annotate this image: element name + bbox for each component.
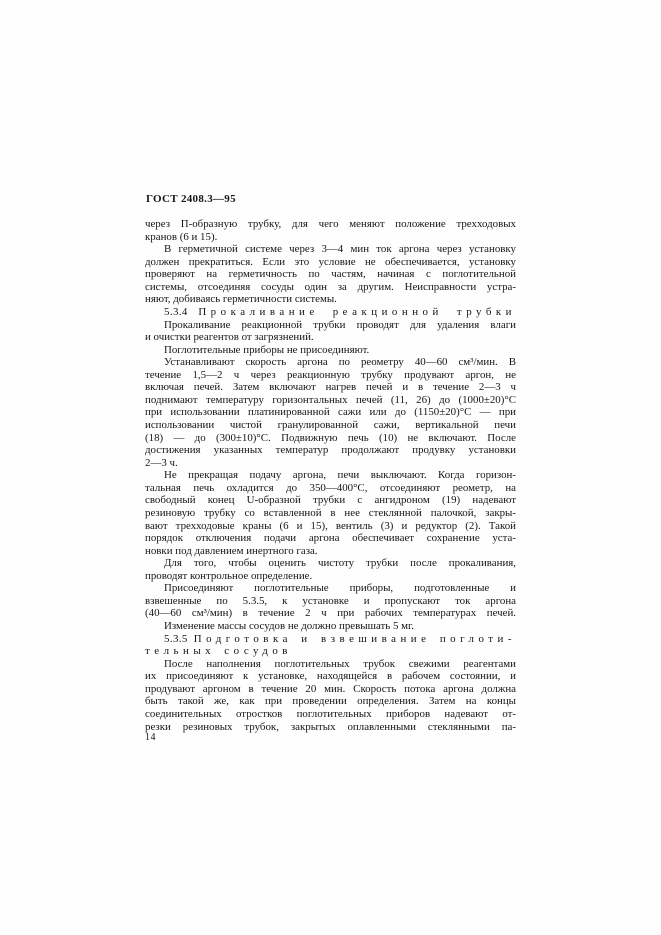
section-heading: 5.3.4 Прокаливание реакционной трубки <box>145 306 516 319</box>
paragraph: Устанавливают скорость аргона по реометр… <box>145 356 516 469</box>
text-line: свободный конец U-образной трубки с анги… <box>145 494 516 507</box>
text-line: Не прекращая подачу аргона, печи выключа… <box>145 469 516 482</box>
text-line: поднимают температуру горизонтальных печ… <box>145 394 516 407</box>
text-line: 5.3.5 Подготовка и взвешивание поглоти- <box>145 633 516 646</box>
text-line: Присоединяют поглотительные приборы, под… <box>145 582 516 595</box>
heading-text: Прокаливание реакционной трубки <box>198 306 516 318</box>
text-line: через П-образную трубку, для чего меняют… <box>145 218 516 231</box>
heading-text: Подготовка и взвешивание поглоти- <box>194 633 516 645</box>
text-line: проводят контрольное определение. <box>145 570 516 583</box>
text-line: 5.3.4 Прокаливание реакционной трубки <box>145 306 516 319</box>
text-line: После наполнения поглотительных трубок с… <box>145 658 516 671</box>
paragraph: В герметичной системе через 3—4 мин ток … <box>145 243 516 306</box>
text-block: через П-образную трубку, для чего меняют… <box>145 218 516 733</box>
section-number: 5.3.5 <box>164 633 191 645</box>
page-number: 14 <box>145 732 156 743</box>
text-line: Прокаливание реакционной трубки проводят… <box>145 319 516 332</box>
text-line: течение 1,5—2 ч через реакционную трубку… <box>145 369 516 382</box>
paragraph: Для того, чтобы оценить чистоту трубки п… <box>145 557 516 582</box>
paragraph: Прокаливание реакционной трубки проводят… <box>145 319 516 344</box>
paragraph: После наполнения поглотительных трубок с… <box>145 658 516 733</box>
paragraph: Присоединяют поглотительные приборы, под… <box>145 582 516 620</box>
text-line: тельных сосудов <box>145 645 516 658</box>
text-line: использовании чистой гранулированной саж… <box>145 419 516 432</box>
standard-designation-header: ГОСТ 2408.3—95 <box>146 193 236 205</box>
text-line: вают трехходовые краны (6 и 15), вентиль… <box>145 520 516 533</box>
section-number: 5.3.4 <box>164 306 191 318</box>
paragraph: Поглотительные приборы не присоединяют. <box>145 344 516 357</box>
text-line: Поглотительные приборы не присоединяют. <box>145 344 516 357</box>
text-line: и очистки реагентов от загрязнений. <box>145 331 516 344</box>
text-line: Изменение массы сосудов не должно превыш… <box>145 620 516 633</box>
document-page: ГОСТ 2408.3—95 через П-образную трубку, … <box>0 0 661 935</box>
text-line: В герметичной системе через 3—4 мин ток … <box>145 243 516 256</box>
text-line: проверяют на герметичность по частям, на… <box>145 268 516 281</box>
text-line: тальная печь охладится до 350—400°С, отс… <box>145 482 516 495</box>
text-line: Устанавливают скорость аргона по реометр… <box>145 356 516 369</box>
text-line: быть такой же, как при проведении опреде… <box>145 695 516 708</box>
heading-text: тельных сосудов <box>145 645 292 657</box>
text-line: порядок отключения подачи аргона обеспеч… <box>145 532 516 545</box>
text-line: при использовании платинированной сажи и… <box>145 406 516 419</box>
text-line: соединительных отростков поглотительных … <box>145 708 516 721</box>
paragraph: Изменение массы сосудов не должно превыш… <box>145 620 516 633</box>
text-line: включая печей. Затем включают нагрев печ… <box>145 381 516 394</box>
text-line: продувают аргоном в течение 20 мин. Скор… <box>145 683 516 696</box>
text-line: резки резиновых трубок, закрытых оплавле… <box>145 721 516 734</box>
section-heading: 5.3.5 Подготовка и взвешивание поглоти-т… <box>145 633 516 658</box>
text-line: достижения указанных температур продолжа… <box>145 444 516 457</box>
paragraph: Не прекращая подачу аргона, печи выключа… <box>145 469 516 557</box>
text-line: кранов (6 и 15). <box>145 231 516 244</box>
text-line: их присоединяют к установке, находящейся… <box>145 670 516 683</box>
text-line: системы, отсоединяя сосуды один за други… <box>145 281 516 294</box>
text-line: Для того, чтобы оценить чистоту трубки п… <box>145 557 516 570</box>
text-line: 2—3 ч. <box>145 457 516 470</box>
text-line: взвешенные по 5.3.5, к установке и пропу… <box>145 595 516 608</box>
text-line: (40—60 см³/мин) в течение 2 ч при рабочи… <box>145 607 516 620</box>
text-line: новки под давлением инертного газа. <box>145 545 516 558</box>
text-line: резиновую трубку со вставленной в нее ст… <box>145 507 516 520</box>
text-line: должен прекратиться. Если это условие не… <box>145 256 516 269</box>
paragraph: через П-образную трубку, для чего меняют… <box>145 218 516 243</box>
text-line: няют, добиваясь герметичности системы. <box>145 293 516 306</box>
text-line: (18) — до (300±10)°С. Подвижную печь (10… <box>145 432 516 445</box>
